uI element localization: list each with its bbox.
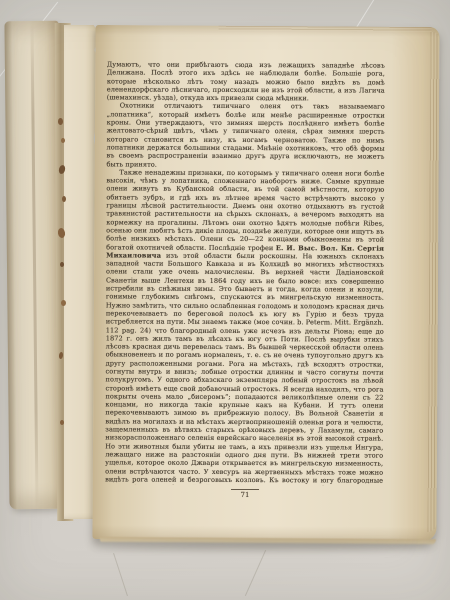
gutter-damage-spot	[58, 118, 63, 125]
scratch-line	[113, 553, 128, 596]
gutter-damage-spot	[60, 420, 64, 425]
paragraph-text: Также ненадежны признаки, по которымъ у …	[106, 168, 384, 251]
gutter-damage-spot	[62, 196, 66, 202]
page-crease	[30, 21, 38, 509]
gutter-damage-spot	[61, 138, 65, 143]
gutter-damage-spot	[60, 262, 64, 267]
page-edges-right	[427, 32, 439, 532]
paragraph: Охотники отличаютъ типичнаго оленя отъ т…	[106, 102, 384, 170]
scratch-line	[245, 550, 266, 596]
paragraph: Также ненадежны признаки, по которымъ у …	[105, 168, 384, 485]
page-edges-top	[218, 26, 431, 32]
page-number: 71	[231, 489, 259, 499]
paragraph-text: изъ этой области были роскошны. На южных…	[105, 251, 384, 485]
book-photo: Думаютъ, что они прибѣгаютъ сюда изъ леж…	[0, 0, 450, 600]
paragraph: Думаютъ, что они прибѣгаютъ сюда изъ леж…	[107, 60, 385, 103]
book-shadow	[92, 543, 436, 550]
page-text: Думаютъ, что они прибѣгаютъ сюда изъ леж…	[105, 60, 385, 485]
gutter-damage-spot	[61, 300, 66, 306]
